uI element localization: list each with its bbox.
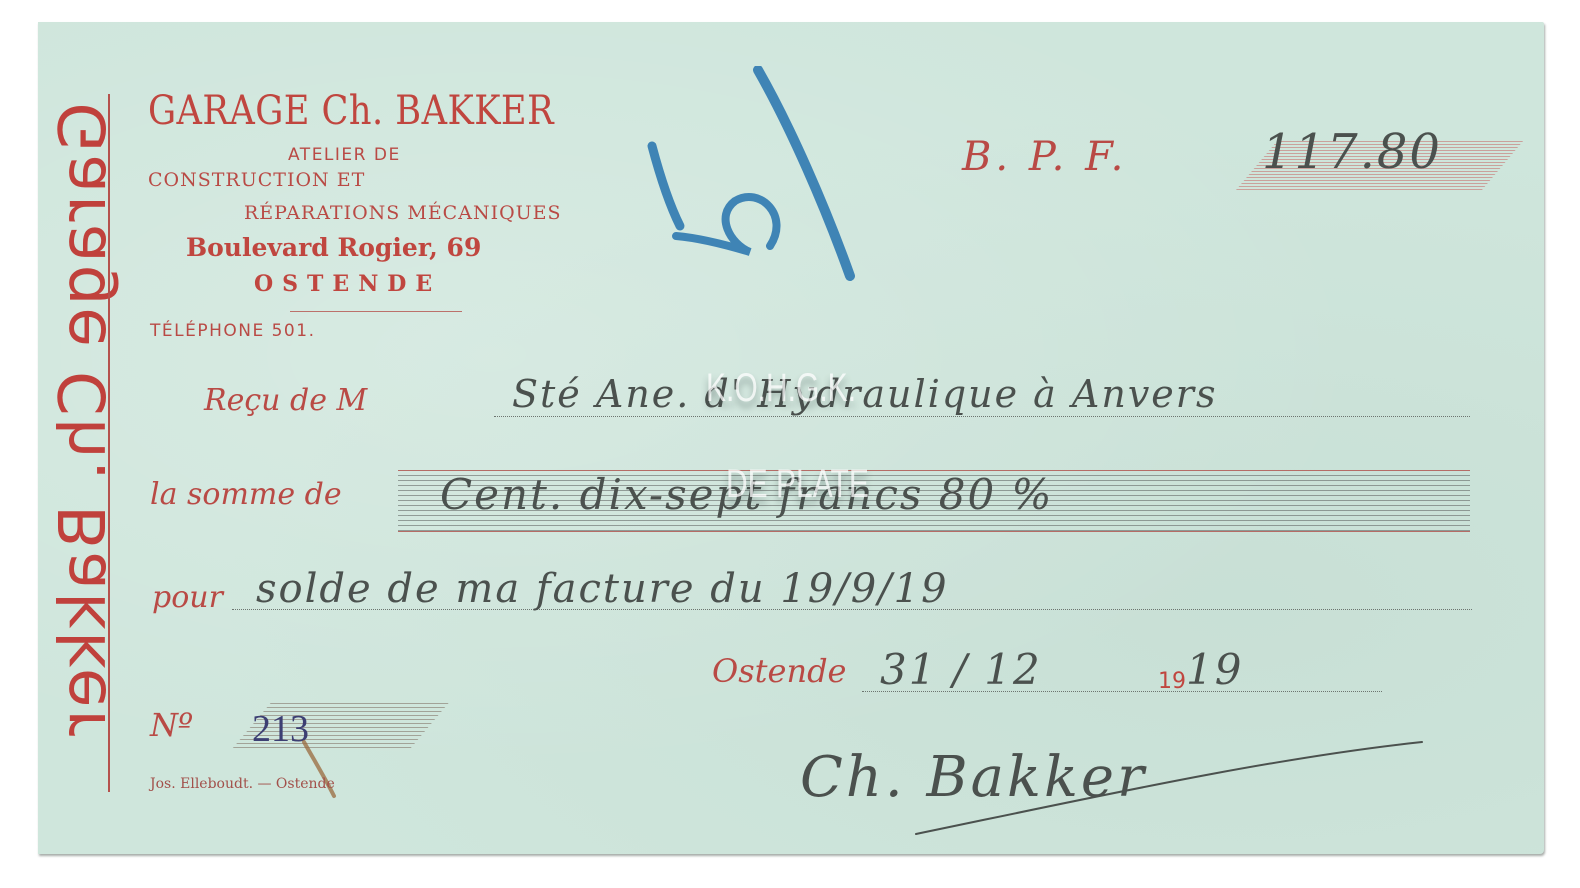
company-telephone: TÉLÉPHONE 501. [150,321,315,341]
watermark-line-1: K.O.H.G.K. [706,366,856,411]
perforated-edge [34,22,42,854]
company-address: Boulevard Rogier, 69 [186,233,481,262]
number-label: Nº [150,706,193,744]
company-city: OSTENDE [254,271,441,297]
received-from-label: Reçu de M [204,383,367,418]
sum-label: la somme de [150,477,342,512]
header-rule [290,311,462,312]
blue-pencil-mark [640,66,880,286]
stub-divider [108,94,110,792]
header-line-reparations: RÉPARATIONS MÉCANIQUES [244,202,562,224]
date-day-month: 31 / 12 [880,645,1042,694]
for-label: pour [152,580,223,615]
header-line-construction: CONSTRUCTION ET [148,169,365,191]
printer-imprint: Jos. Elleboudt. — Ostende [150,776,335,792]
amount-value: 117.80 [1262,124,1442,180]
watermark-line-2: DE PLATE [726,462,869,507]
received-from-value: Sté Ane. d' Hydraulique à Anvers [512,372,1217,416]
currency-label: B. P. F. [962,134,1127,180]
year-prefix: 19 [1158,669,1186,694]
for-value: solde de ma facture du 19/9/19 [256,566,949,612]
company-name: GARAGE Ch. BAKKER [148,88,554,134]
received-from-line [494,416,1470,417]
signature-underline [910,738,1430,838]
year-suffix: 19 [1186,645,1243,694]
place-label: Ostende [712,652,846,690]
header-line-atelier: ATELIER DE [288,145,401,165]
